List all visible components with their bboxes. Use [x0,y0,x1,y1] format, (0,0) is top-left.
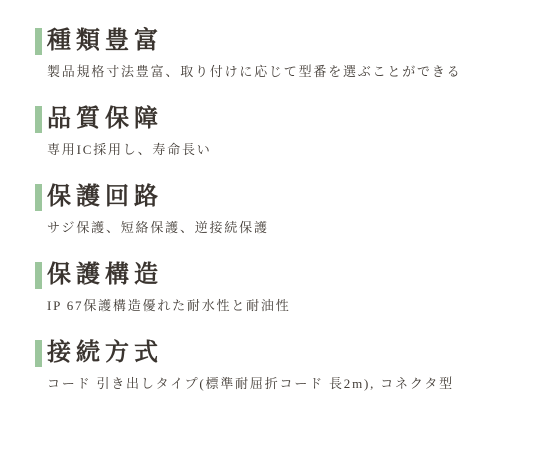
section-title: 保護構造 [47,262,163,289]
section-heading-row: 品質保障 [35,106,520,133]
green-accent-bar [35,28,42,55]
section-description: サジ保護、短絡保護、逆接続保護 [47,219,520,236]
section-heading-row: 種類豊富 [35,28,520,55]
section-description: 製品規格寸法豊富、取り付けに応じて型番を選ぶことができる [47,63,520,80]
section-description: 専用IC採用し、寿命長い [47,141,520,158]
section-heading-row: 接続方式 [35,340,520,367]
green-accent-bar [35,340,42,367]
section-title: 接続方式 [47,340,163,367]
feature-list: 種類豊富 製品規格寸法豊富、取り付けに応じて型番を選ぶことができる 品質保障 専… [0,0,540,392]
green-accent-bar [35,184,42,211]
feature-section-connection: 接続方式 コード 引き出しタイプ(標準耐屈折コード 長2m), コネクタ型 [35,340,520,392]
feature-section-variety: 種類豊富 製品規格寸法豊富、取り付けに応じて型番を選ぶことができる [35,28,520,80]
green-accent-bar [35,262,42,289]
feature-section-protection-structure: 保護構造 IP 67保護構造優れた耐水性と耐油性 [35,262,520,314]
section-description: コード 引き出しタイプ(標準耐屈折コード 長2m), コネクタ型 [47,375,520,392]
section-heading-row: 保護構造 [35,262,520,289]
section-heading-row: 保護回路 [35,184,520,211]
feature-section-quality: 品質保障 専用IC採用し、寿命長い [35,106,520,158]
section-title: 種類豊富 [47,28,163,55]
section-title: 品質保障 [47,106,163,133]
green-accent-bar [35,106,42,133]
section-description: IP 67保護構造優れた耐水性と耐油性 [47,297,520,314]
feature-section-protection-circuit: 保護回路 サジ保護、短絡保護、逆接続保護 [35,184,520,236]
section-title: 保護回路 [47,184,163,211]
